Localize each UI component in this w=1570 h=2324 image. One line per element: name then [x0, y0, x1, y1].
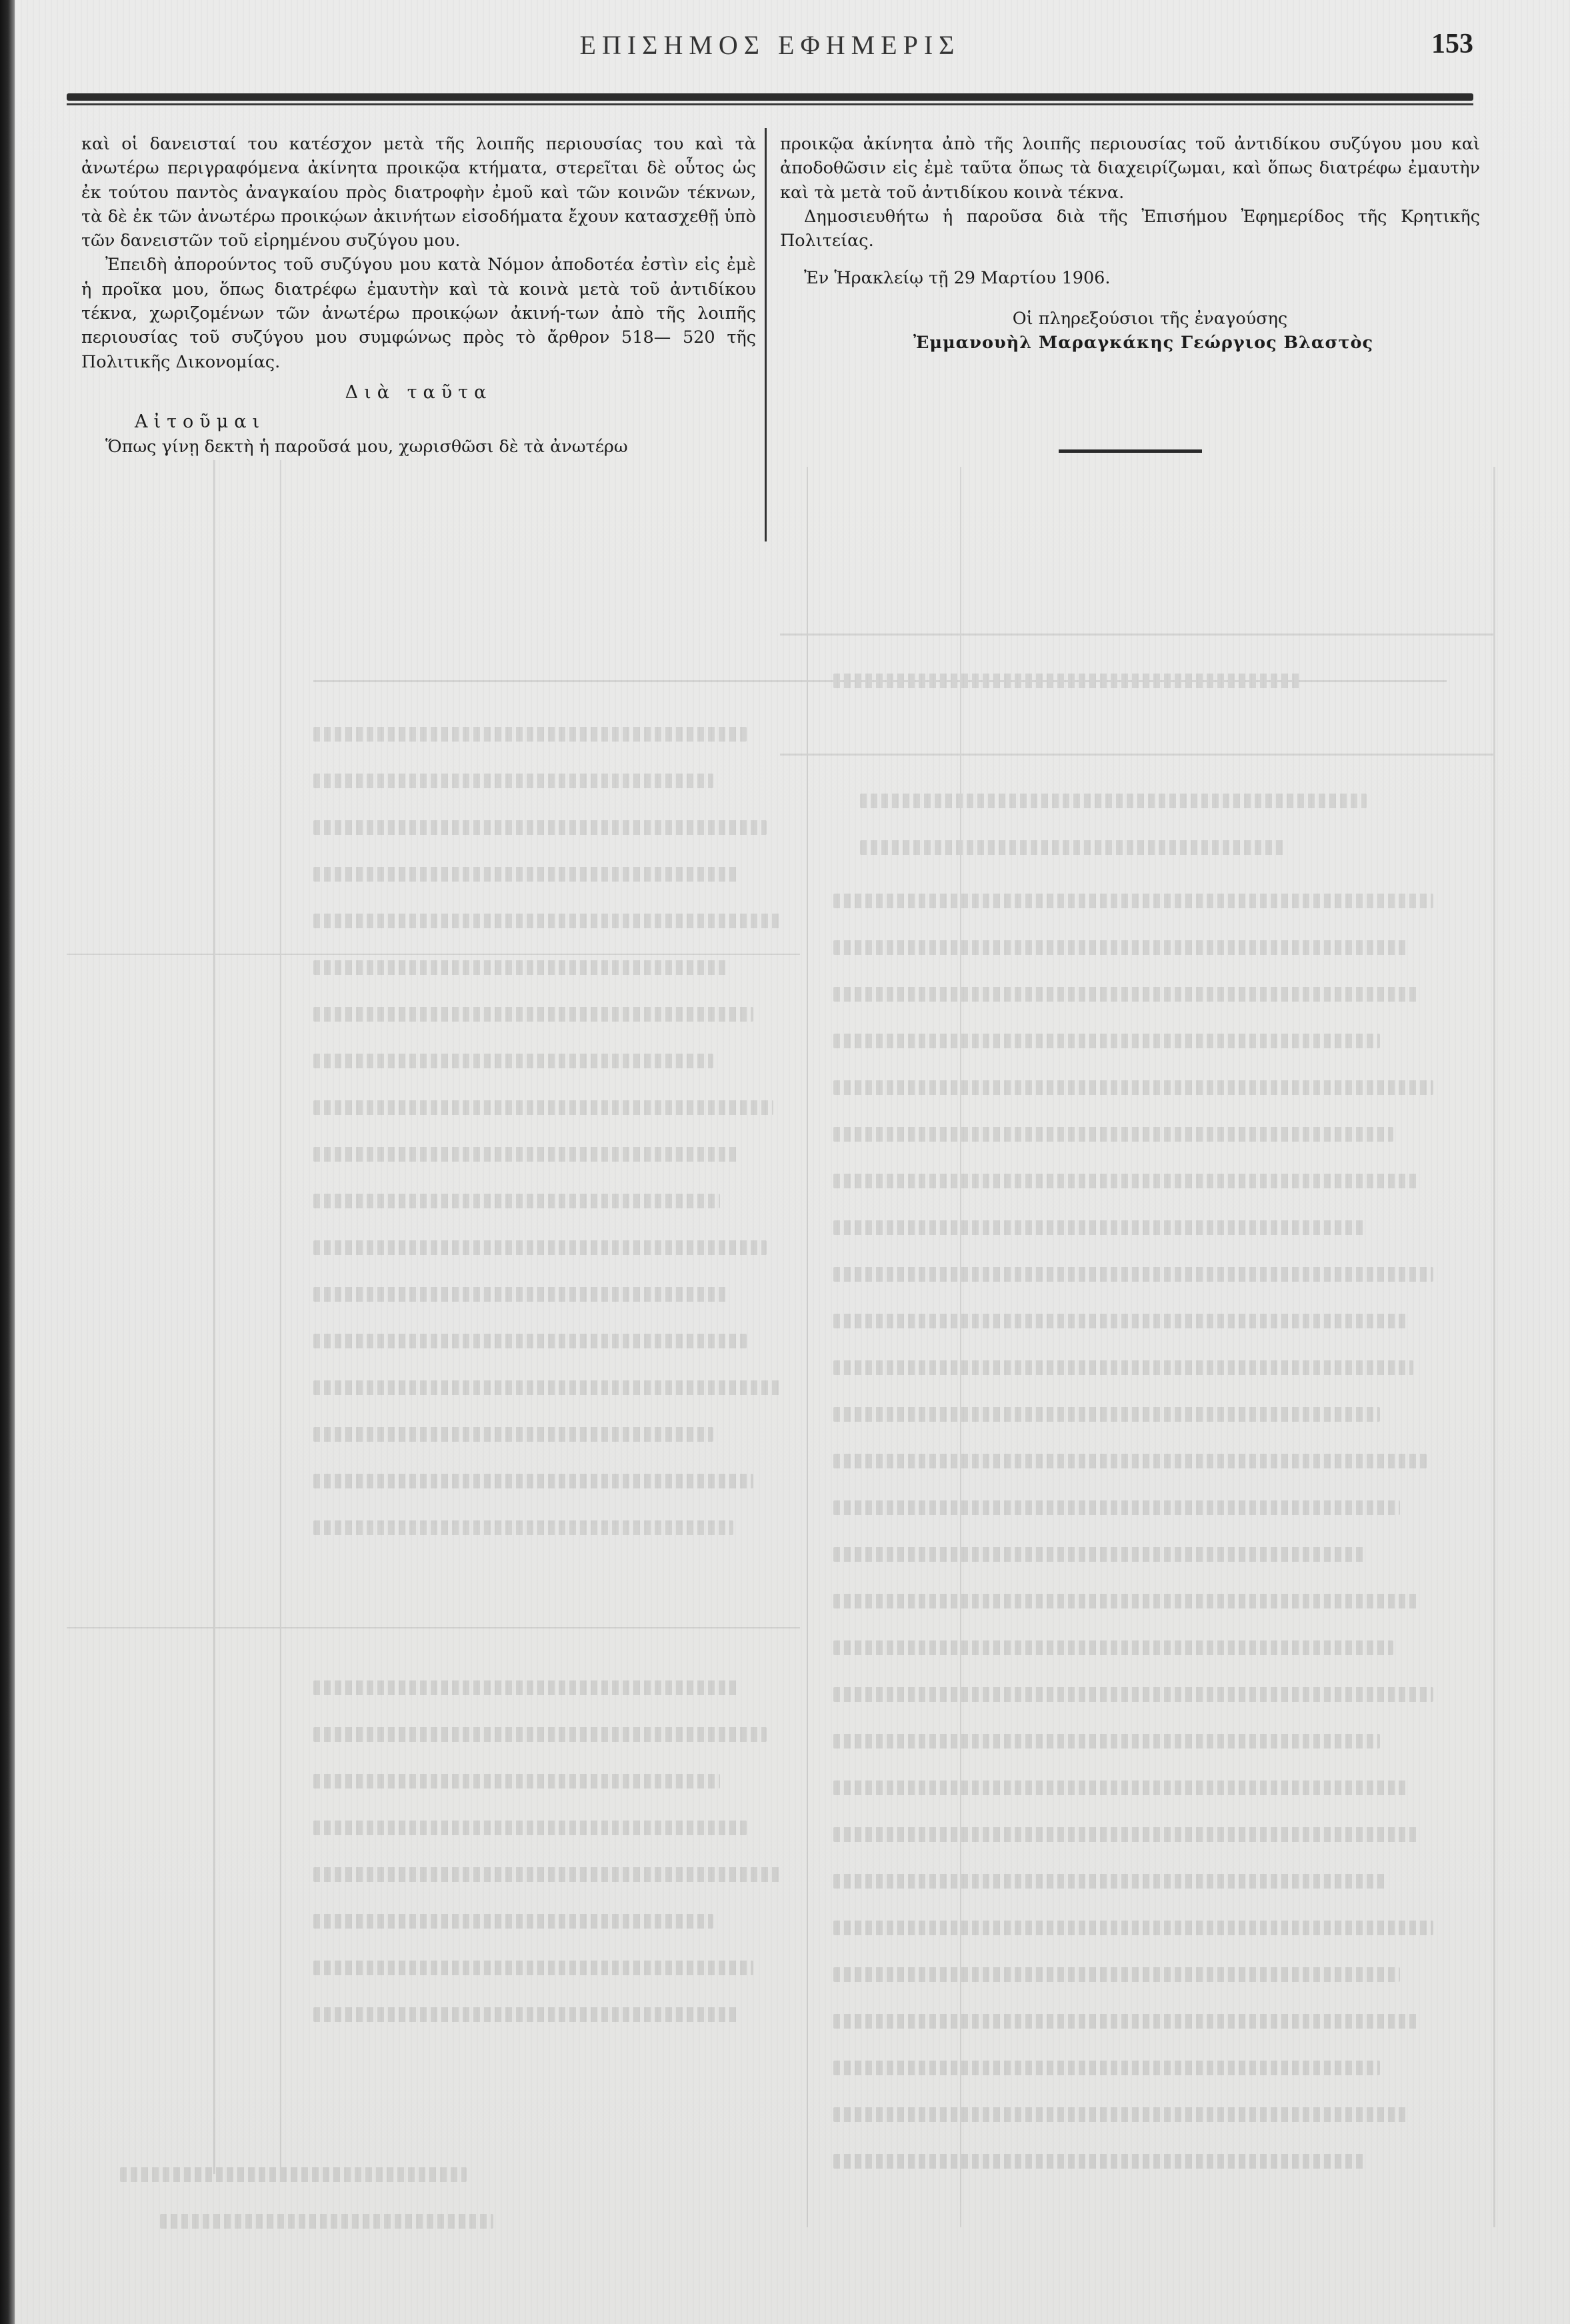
right-column: προικῷα ἀκίνητα ἀπὸ τῆς λοιπῆς περιουσία… — [780, 132, 1480, 355]
scan-binding-edge — [0, 0, 15, 2324]
right-paragraph-1: προικῷα ἀκίνητα ἀπὸ τῆς λοιπῆς περιουσία… — [780, 132, 1480, 205]
column-divider — [765, 128, 767, 541]
section-end-rule — [1059, 449, 1202, 453]
heading-aitoumai: Αἰτοῦμαι — [135, 410, 756, 434]
left-paragraph-2: Ἐπειδὴ ἀπορούντος τοῦ συζύγου μου κατὰ Ν… — [81, 253, 756, 373]
header-rule — [67, 93, 1473, 108]
left-column: καὶ οἱ δανεισταί του κατέσχον μετὰ τῆς λ… — [81, 132, 756, 459]
signers-intro: Οἱ πληρεξούσιοι τῆς ἐναγούσης — [820, 307, 1480, 331]
date-line: Ἐν Ἡρακλείῳ τῇ 29 Μαρτίου 1906. — [780, 266, 1480, 290]
left-paragraph-3: Ὅπως γίνῃ δεκτὴ ἡ παροῦσά μου, χωρισθῶσι… — [81, 435, 756, 459]
gazette-title: ΕΠΙΣΗΜΟΣ ΕΦΗΜΕΡΙΣ — [67, 29, 1473, 61]
signers-names: Ἐμμανουὴλ Μαραγκάκης Γεώργιος Βλαστὸς — [807, 331, 1480, 355]
header-rule-thick — [67, 93, 1473, 101]
page-number: 153 — [1431, 28, 1473, 60]
heading-dia-tauta: Διὰ ταῦτα — [81, 381, 756, 405]
left-paragraph-1: καὶ οἱ δανεισταί του κατέσχον μετὰ τῆς λ… — [81, 132, 756, 253]
header-rule-thin — [67, 103, 1473, 105]
running-head: ΕΠΙΣΗΜΟΣ ΕΦΗΜΕΡΙΣ 153 — [67, 25, 1473, 72]
right-paragraph-2: Δημοσιευθήτω ἡ παροῦσα διὰ τῆς Ἐπισήμου … — [780, 205, 1480, 253]
